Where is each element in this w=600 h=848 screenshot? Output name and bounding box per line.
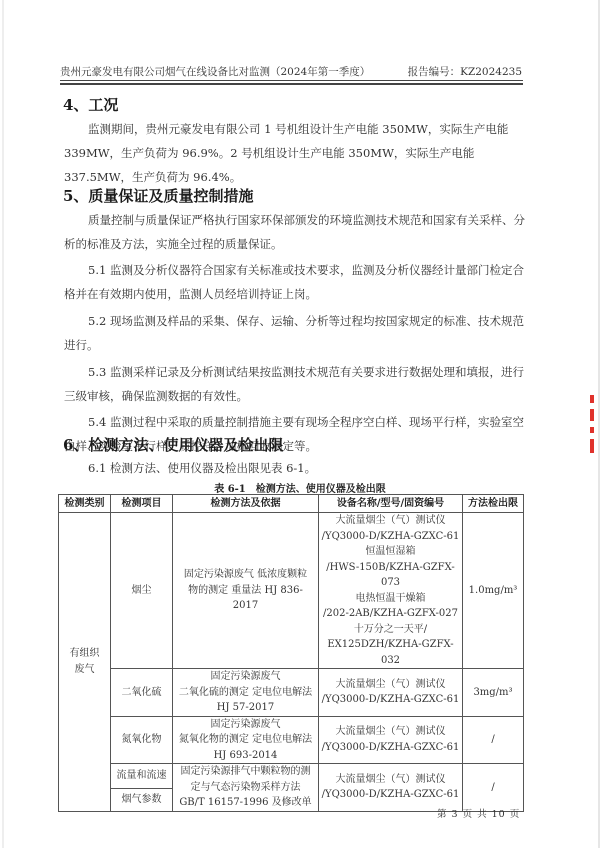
method-cell: 固定污染源废气 二氧化硫的测定 定电位电解法 HJ 57-2017	[173, 669, 319, 717]
header-rule-thick	[60, 83, 523, 85]
section-5-heading: 5、质量保证及质量控制措施	[63, 185, 253, 206]
section-5-3: 5.3 监测采样记录及分析测试结果按监测技术规范有关要求进行数据处理和填报，进行…	[64, 360, 526, 408]
section-5-2: 5.2 现场监测及样品的采集、保存、运输、分析等过程均按国家规定的标准、技术规范…	[64, 309, 526, 357]
equipment-cell: 大流量烟尘（气）测试仪 /YQ3000-D/KZHA-GZXC-61 恒温恒湿箱…	[319, 513, 463, 669]
document-page: 贵州元豪发电有限公司烟气在线设备比对监测（2024年第一季度） 报告编号：KZ2…	[0, 0, 600, 848]
limit-cell: 1.0mg/m³	[463, 513, 524, 669]
method-cell: 固定污染源废气 氮氧化物的测定 定电位电解法 HJ 693-2014	[173, 716, 319, 764]
section-6-paragraph: 6.1 检测方法、使用仪器及检出限见表 6-1。	[64, 456, 526, 480]
limit-cell: /	[463, 764, 524, 812]
col-header-limit: 方法检出限	[463, 495, 524, 513]
col-header-method: 检测方法及依据	[173, 495, 319, 513]
table-caption: 表 6-1 检测方法、使用仪器及检出限	[0, 480, 600, 495]
header-rule	[60, 80, 523, 81]
item-cell: 烟尘	[111, 513, 173, 669]
equipment-cell: 大流量烟尘（气）测试仪 /YQ3000-D/KZHA-GZXC-61	[319, 716, 463, 764]
table-header-row: 检测类别 检测项目 检测方法及依据 设备名称/型号/固资编号 方法检出限	[59, 495, 524, 513]
item-cell: 流量和流速	[111, 764, 173, 789]
methods-table: 检测类别 检测项目 检测方法及依据 设备名称/型号/固资编号 方法检出限 有组织…	[58, 494, 524, 812]
running-header: 贵州元豪发电有限公司烟气在线设备比对监测（2024年第一季度） 报告编号：KZ2…	[60, 64, 522, 79]
col-header-item: 检测项目	[111, 495, 173, 513]
section-4-heading: 4、工况	[63, 94, 118, 115]
report-number: 报告编号：KZ2024235	[408, 64, 522, 79]
header-title: 贵州元豪发电有限公司烟气在线设备比对监测（2024年第一季度）	[60, 64, 370, 79]
equipment-cell: 大流量烟尘（气）测试仪 /YQ3000-D/KZHA-GZXC-61	[319, 764, 463, 812]
table-row: 氮氧化物 固定污染源废气 氮氧化物的测定 定电位电解法 HJ 693-2014 …	[59, 716, 524, 764]
section-4-paragraph: 监测期间，贵州元豪发电有限公司 1 号机组设计生产电能 350MW，实际生产电能…	[64, 117, 526, 189]
table-row: 有组织废气 烟尘 固定污染源废气 低浓度颗粒物的测定 重量法 HJ 836-20…	[59, 513, 524, 669]
item-cell: 氮氧化物	[111, 716, 173, 764]
equipment-cell: 大流量烟尘（气）测试仪 /YQ3000-D/KZHA-GZXC-61	[319, 669, 463, 717]
section-5-1: 5.1 监测及分析仪器符合国家有关标准或技术要求，监测及分析仪器经计量部门检定合…	[64, 258, 526, 306]
col-header-equipment: 设备名称/型号/固资编号	[319, 495, 463, 513]
method-cell: 固定污染源废气 低浓度颗粒物的测定 重量法 HJ 836-2017	[173, 513, 319, 669]
table-row: 流量和流速 固定污染源排气中颗粒物的测 定与气态污染物采样方法 GB/T 161…	[59, 764, 524, 789]
category-cell: 有组织废气	[59, 513, 111, 812]
item-cell: 二氧化硫	[111, 669, 173, 717]
page-number: 第 3 页 共 10 页	[437, 806, 520, 820]
method-cell: 固定污染源排气中颗粒物的测 定与气态污染物采样方法 GB/T 16157-199…	[173, 764, 319, 812]
limit-cell: /	[463, 716, 524, 764]
limit-cell: 3mg/m³	[463, 669, 524, 717]
scan-edge-left	[2, 0, 4, 848]
table-row: 二氧化硫 固定污染源废气 二氧化硫的测定 定电位电解法 HJ 57-2017 大…	[59, 669, 524, 717]
section-6-heading: 6、检测方法、使用仪器及检出限	[63, 434, 283, 455]
section-5-intro: 质量控制与质量保证严格执行国家环保部颁发的环境监测技术规范和国家有关采样、分析的…	[64, 208, 526, 256]
seal-stamp-edge	[590, 395, 598, 465]
item-cell: 烟气参数	[111, 789, 173, 811]
col-header-category: 检测类别	[59, 495, 111, 513]
